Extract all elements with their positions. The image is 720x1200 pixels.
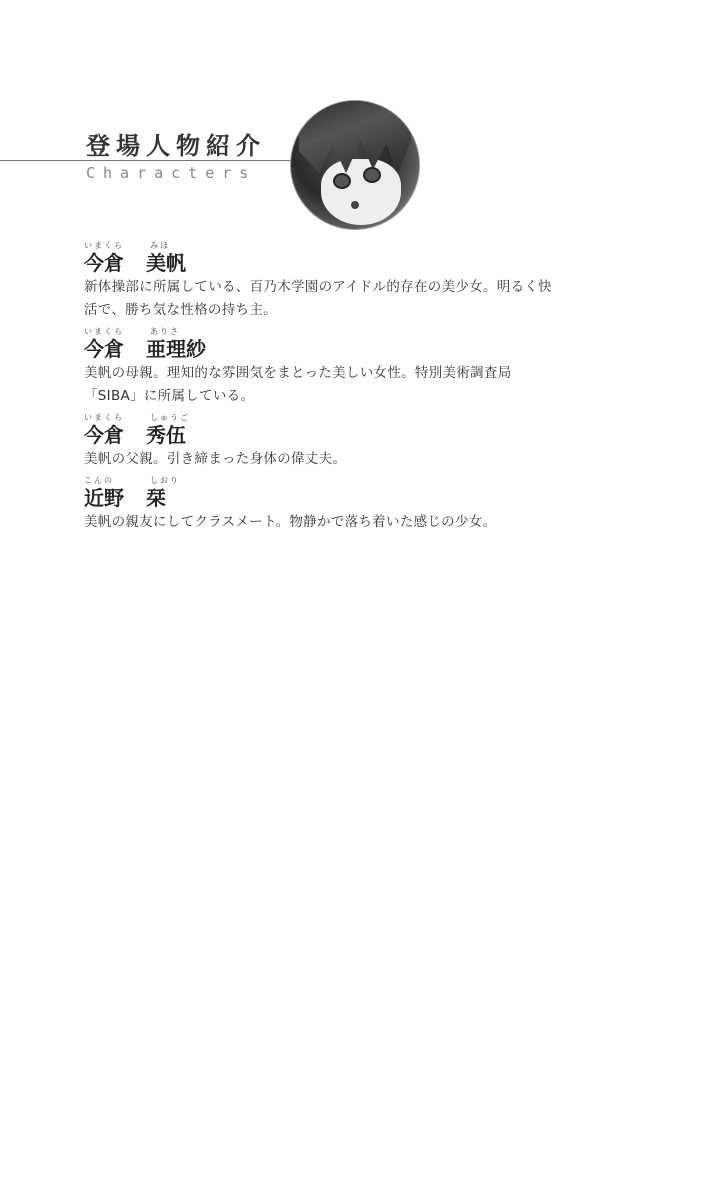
family-name: 今倉 (84, 250, 124, 276)
portrait-face (321, 159, 401, 225)
character-description: 新体操部に所属している、百乃木学園のアイドル的存在の美少女。明るく快活で、勝ち気… (84, 276, 564, 322)
character-portrait-icon (290, 100, 420, 230)
name-ruby: いまくら しゅうご (84, 412, 564, 422)
family-name: 近野 (84, 485, 124, 511)
character-description: 美帆の父親。引き締まった身体の偉丈夫。 (84, 448, 564, 471)
page-title: 登場人物紹介 (86, 126, 266, 161)
page-subtitle: Characters (86, 164, 256, 182)
family-name: 今倉 (84, 422, 124, 448)
character-name: 今倉 亜理紗 (84, 336, 564, 362)
character-entry-miho: いまくら みほ 今倉 美帆 新体操部に所属している、百乃木学園のアイドル的存在の… (84, 240, 564, 322)
name-ruby: こんの しおり (84, 475, 564, 485)
character-entry-shugo: いまくら しゅうご 今倉 秀伍 美帆の父親。引き締まった身体の偉丈夫。 (84, 412, 564, 471)
character-intro-page: 登場人物紹介 Characters いまくら みほ 今倉 美帆 新体操部に所属し… (0, 0, 720, 1200)
character-name: 近野 栞 (84, 485, 564, 511)
family-name: 今倉 (84, 336, 124, 362)
character-entry-arisa: いまくら ありさ 今倉 亜理紗 美帆の母親。理知的な雰囲気をまとった美しい女性。… (84, 326, 564, 408)
character-description: 美帆の母親。理知的な雰囲気をまとった美しい女性。特別美術調査局「SIBA」に所属… (84, 362, 564, 408)
character-name: 今倉 秀伍 (84, 422, 564, 448)
portrait-mouth (351, 201, 359, 209)
given-name: 秀伍 (146, 422, 186, 448)
given-name: 亜理紗 (146, 336, 206, 362)
character-name: 今倉 美帆 (84, 250, 564, 276)
name-ruby: いまくら みほ (84, 240, 564, 250)
given-name: 栞 (146, 485, 166, 511)
portrait-eye-left (333, 173, 351, 189)
character-description: 美帆の親友にしてクラスメート。物静かで落ち着いた感じの少女。 (84, 511, 564, 534)
header-divider (0, 160, 292, 161)
character-list: いまくら みほ 今倉 美帆 新体操部に所属している、百乃木学園のアイドル的存在の… (84, 240, 564, 538)
name-ruby: いまくら ありさ (84, 326, 564, 336)
given-name: 美帆 (146, 250, 186, 276)
portrait-eye-right (363, 167, 381, 183)
character-entry-shiori: こんの しおり 近野 栞 美帆の親友にしてクラスメート。物静かで落ち着いた感じの… (84, 475, 564, 534)
